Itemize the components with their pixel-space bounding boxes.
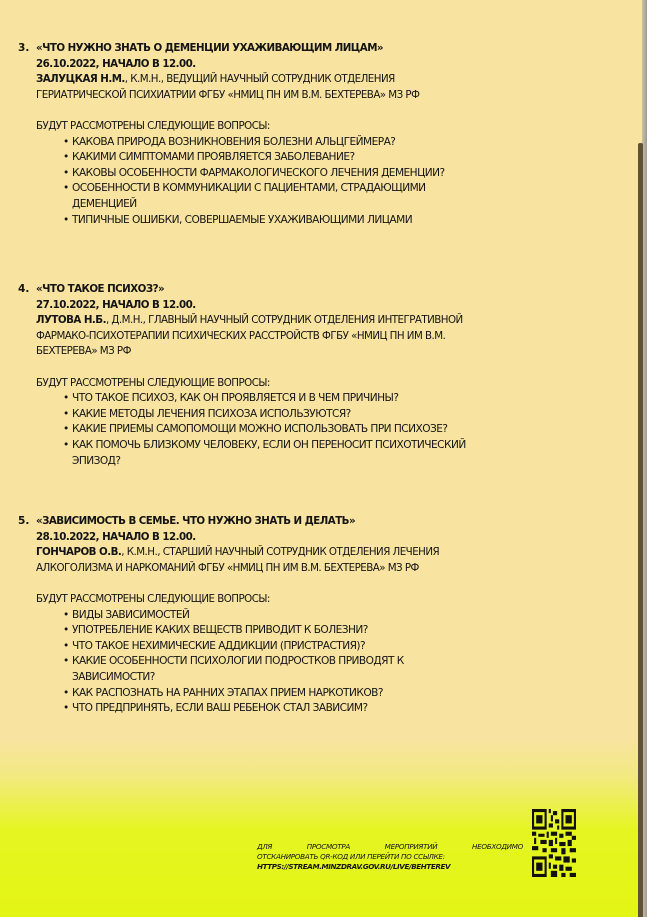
speaker-info: Залуцкая Н.М., к.м.н., ведущий научный с… <box>36 72 601 88</box>
event-title: «Что такое психоз?» <box>36 282 601 298</box>
question-item: Какие особенности психологии подростков … <box>72 654 618 685</box>
event-date: 27.10.2022, начало в 12.00. <box>36 298 601 314</box>
question-item: Употребление каких веществ приводит к бо… <box>72 623 618 639</box>
footer-note: Для просмотра мероприятий необходимо отс… <box>257 842 523 873</box>
speaker-name: Лутова Н.Б. <box>36 314 106 326</box>
speaker-affiliation: гериатрической психиатрии ФГБУ «НМИЦ ПН … <box>36 88 601 104</box>
speaker-info: Гончаров О.В., к.м.н., старший научный с… <box>36 545 601 561</box>
event-title: «Зависимость в семье. Что нужно знать и … <box>36 514 601 530</box>
speaker-title: , д.м.н., главный научный сотрудник отде… <box>106 314 463 326</box>
questions-list: Какова природа возникновения болезни Аль… <box>18 135 618 229</box>
question-item: Виды зависимостей <box>72 608 618 624</box>
event-section-3: 3. «Что нужно знать о деменции ухаживающ… <box>18 41 618 228</box>
speaker-affiliation-cont: Бехтерева» МЗ РФ <box>36 344 601 360</box>
speaker-affiliation: фармако-психотерапии психических расстро… <box>36 329 601 345</box>
question-item: Какими симптомами проявляется заболевани… <box>72 150 618 166</box>
question-item: Какие приемы самопомощи можно использова… <box>72 422 618 438</box>
footer-line-2: отсканировать QR-код или перейти по ссыл… <box>257 852 523 862</box>
event-section-4: 4. «Что такое психоз?» 27.10.2022, начал… <box>18 282 618 469</box>
question-item: Что такое нехимические аддикции (пристра… <box>72 639 618 655</box>
question-item: Особенности в коммуникации с пациентами,… <box>72 181 618 212</box>
page-shadow-bar <box>638 143 643 917</box>
event-date: 26.10.2022, начало в 12.00. <box>36 57 601 73</box>
event-title: «Что нужно знать о деменции ухаживающим … <box>36 41 601 57</box>
question-item: Какие методы лечения психоза используютс… <box>72 407 618 423</box>
questions-list: Виды зависимостей Употребление каких вещ… <box>18 608 618 717</box>
question-item: Какова природа возникновения болезни Аль… <box>72 135 618 151</box>
questions-list: Что такое психоз, как он проявляется и в… <box>18 391 618 469</box>
footer-line-1: Для просмотра мероприятий необходимо <box>257 842 523 852</box>
event-number: 4. <box>18 282 29 298</box>
speaker-title: , к.м.н., старший научный сотрудник отде… <box>121 546 439 558</box>
question-item: Как помочь близкому человеку, если он пе… <box>72 438 618 469</box>
question-item: Что предпринять, если ваш ребенок стал з… <box>72 701 618 717</box>
speaker-info: Лутова Н.Б., д.м.н., главный научный сот… <box>36 313 601 329</box>
question-item: Типичные ошибки, совершаемые ухаживающим… <box>72 213 618 229</box>
speaker-name: Залуцкая Н.М. <box>36 73 125 85</box>
footer-url-link[interactable]: https://stream.minzdrav.gov.ru/live/beht… <box>257 862 523 872</box>
qr-code-icon[interactable] <box>532 809 576 877</box>
speaker-affiliation: алкоголизма и наркоманий ФГБУ «НМИЦ ПН и… <box>36 561 601 577</box>
question-item: Каковы особенности фармакологического ле… <box>72 166 618 182</box>
event-section-5: 5. «Зависимость в семье. Что нужно знать… <box>18 514 618 717</box>
event-number: 3. <box>18 41 29 57</box>
question-item: Что такое психоз, как он проявляется и в… <box>72 391 618 407</box>
event-date: 28.10.2022, начало в 12.00. <box>36 530 601 546</box>
speaker-name: Гончаров О.В. <box>36 546 121 558</box>
questions-heading: Будут рассмотрены следующие вопросы: <box>36 592 601 608</box>
question-item: Как распознать на ранних этапах прием на… <box>72 686 618 702</box>
speaker-title: , к.м.н., ведущий научный сотрудник отде… <box>125 73 395 85</box>
questions-heading: Будут рассмотрены следующие вопросы: <box>36 119 601 135</box>
questions-heading: Будут рассмотрены следующие вопросы: <box>36 376 601 392</box>
event-number: 5. <box>18 514 29 530</box>
